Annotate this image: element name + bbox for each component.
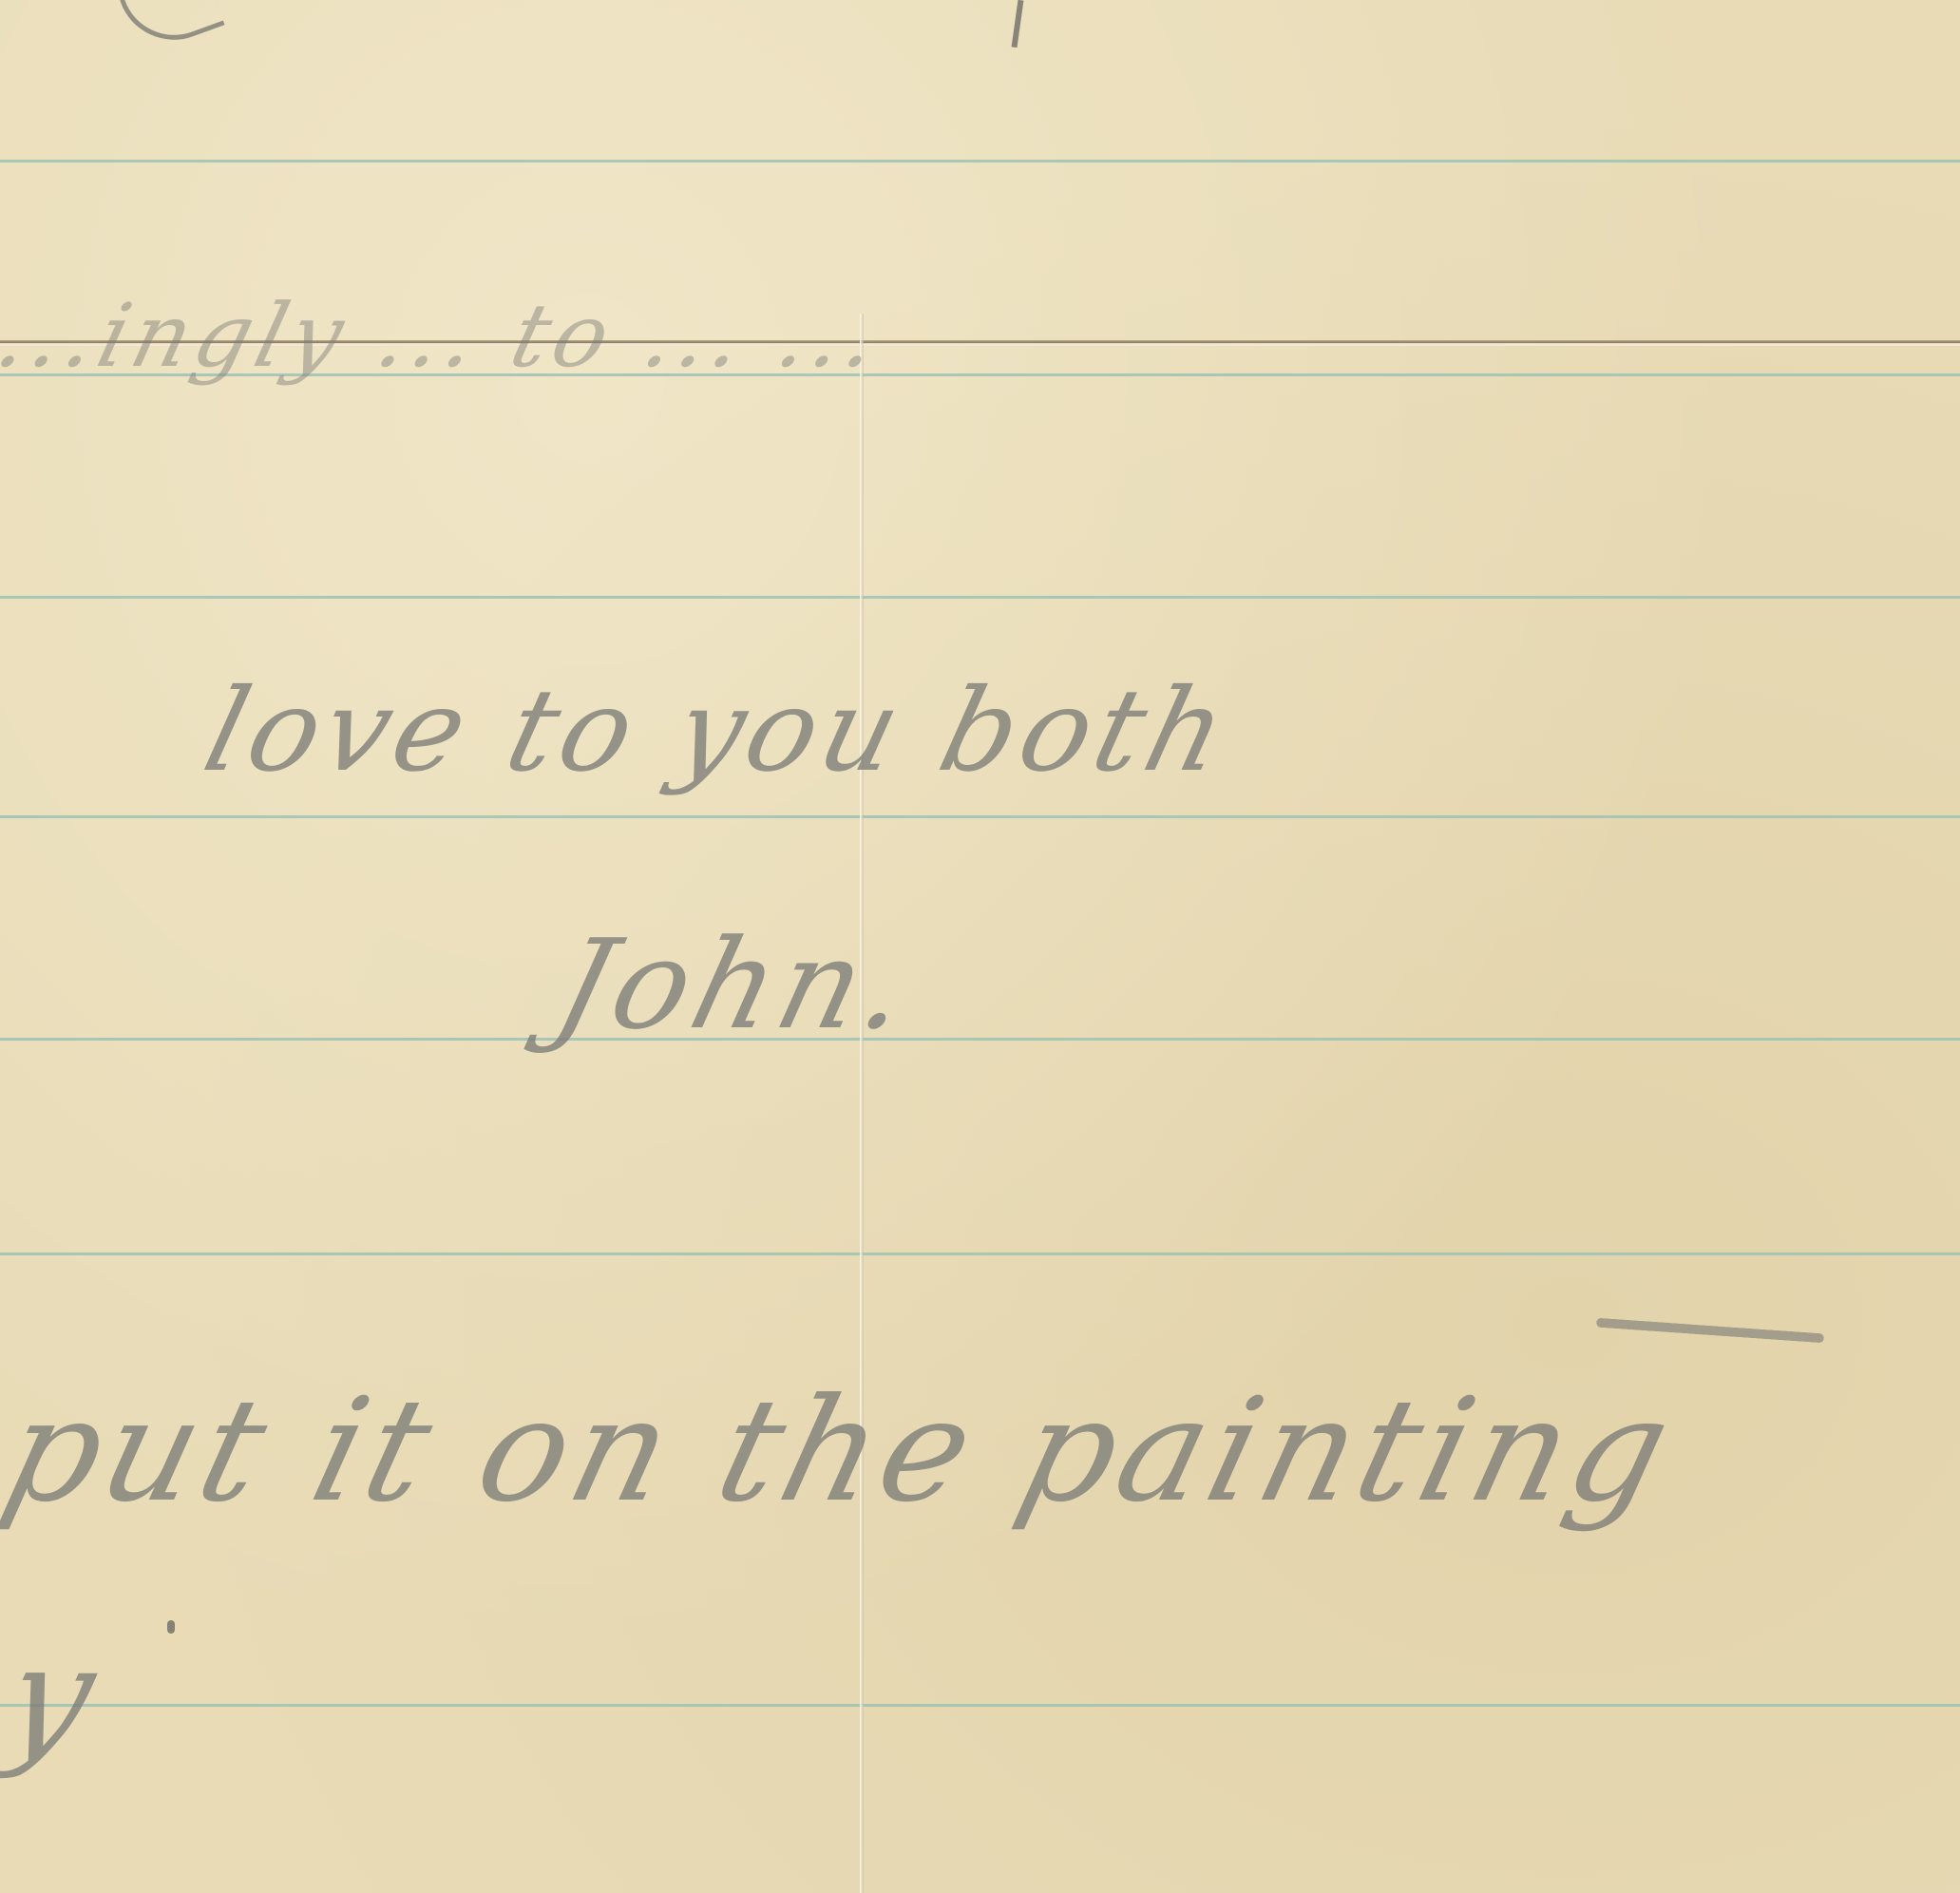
ruled-line [0, 1252, 1960, 1255]
ruled-line [0, 815, 1960, 818]
letter-page: ...ingly ... to ... ... love to you both… [0, 0, 1960, 1893]
ruled-line [0, 1038, 1960, 1041]
pencil-stroke-fragment [1012, 0, 1024, 48]
ruled-line [0, 596, 1960, 599]
handwritten-postscript: put it on the painting [0, 1368, 1690, 1534]
handwritten-signature: John. [542, 912, 929, 1057]
pencil-dot [167, 1620, 175, 1634]
vertical-fold-crease [860, 314, 864, 1893]
ruled-line [0, 160, 1960, 163]
handwritten-fragment: y [0, 1616, 116, 1781]
handwritten-line-fold: ...ingly ... to ... ... [0, 285, 894, 387]
pencil-stroke-fragment [112, 0, 224, 56]
handwritten-closing: love to you both [193, 665, 1245, 797]
t-crossbar-stroke [1596, 1318, 1824, 1344]
ruled-line [0, 1704, 1960, 1707]
